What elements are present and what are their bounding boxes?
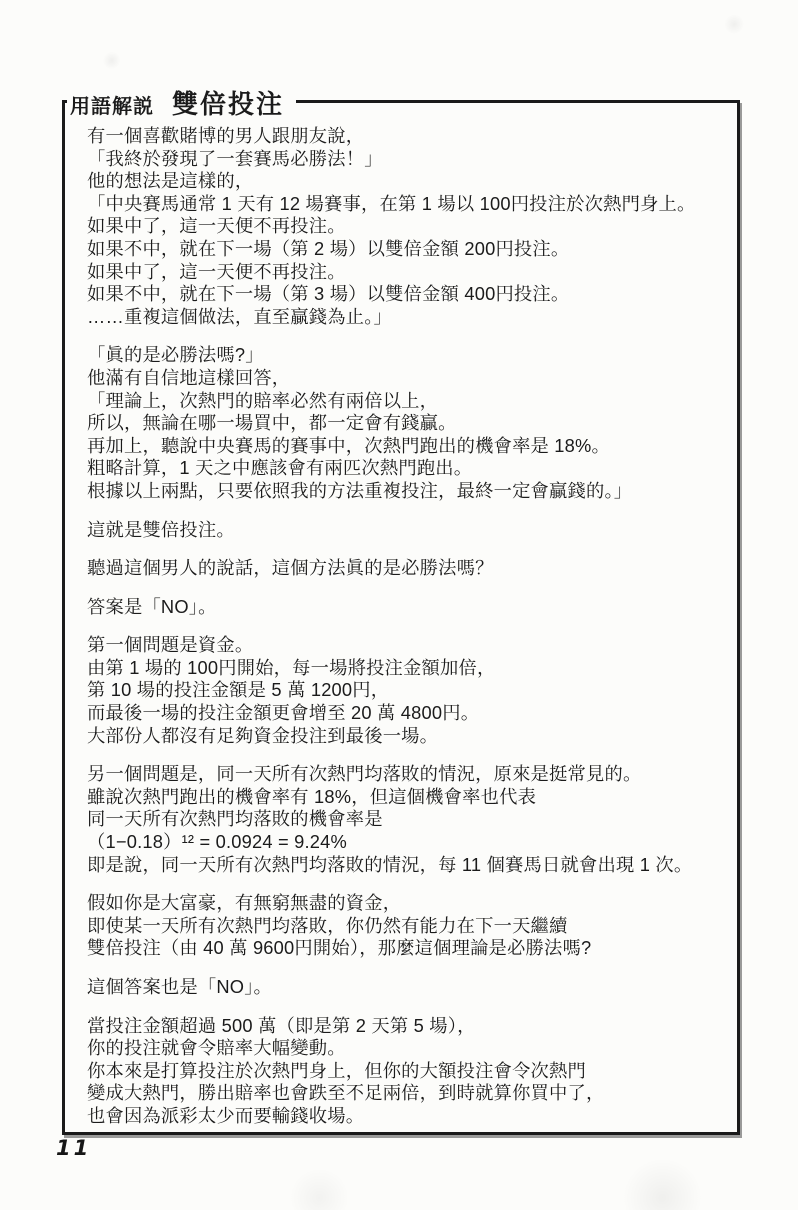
glossary-box: 有一個喜歡賭博的男人跟朋友說，「我終於發現了一套賽馬必勝法！」他的想法是這樣的，… bbox=[62, 100, 740, 1135]
text-line: 再加上，聽說中央賽馬的賽事中，次熱門跑出的機會率是 18%。 bbox=[87, 435, 723, 458]
text-line: 變成大熱門，勝出賠率也會跌至不足兩倍，到時就算你買中了， bbox=[87, 1082, 723, 1105]
text-line: 「我終於發現了一套賽馬必勝法！」 bbox=[87, 148, 723, 171]
text-line: 同一天所有次熱門均落敗的機會率是 bbox=[87, 808, 723, 831]
text-line: 第 10 場的投注金額是 5 萬 1200円， bbox=[87, 679, 723, 702]
text-line: 雙倍投注（由 40 萬 9600円開始），那麼這個理論是必勝法嗎? bbox=[87, 937, 723, 960]
text-line: 所以，無論在哪一場買中，都一定會有錢贏。 bbox=[87, 412, 723, 435]
glossary-heading: 用語解説 雙倍投注 bbox=[67, 84, 296, 121]
text-line: 你的投注就會令賠率大幅變動。 bbox=[87, 1037, 723, 1060]
text-line: 這就是雙倍投注。 bbox=[87, 519, 723, 542]
text-line: 他滿有自信地這樣回答， bbox=[87, 367, 723, 390]
text-line: 也會因為派彩太少而要輸錢收場。 bbox=[87, 1105, 723, 1128]
text-line: 聽過這個男人的說話，這個方法眞的是必勝法嗎？ bbox=[87, 557, 723, 580]
text-line: 即使某一天所有次熱門均落敗，你仍然有能力在下一天繼續 bbox=[87, 915, 723, 938]
paragraph: 這就是雙倍投注。 bbox=[87, 519, 723, 542]
text-line: 根據以上兩點，只要依照我的方法重複投注，最終一定會贏錢的。」 bbox=[87, 480, 723, 503]
text-line: （1−0.18）¹² = 0.0924 = 9.24% bbox=[87, 831, 723, 854]
text-line: 第一個問題是資金。 bbox=[87, 634, 723, 657]
paragraph: 當投注金額超過 500 萬（即是第 2 天第 5 場），你的投注就會令賠率大幅變… bbox=[87, 1015, 723, 1128]
text-line: 另一個問題是，同一天所有次熱門均落敗的情況，原來是挺常見的。 bbox=[87, 763, 723, 786]
text-line: 他的想法是這樣的， bbox=[87, 170, 723, 193]
paragraph: 有一個喜歡賭博的男人跟朋友說，「我終於發現了一套賽馬必勝法！」他的想法是這樣的，… bbox=[87, 125, 723, 328]
text-line: 有一個喜歡賭博的男人跟朋友說， bbox=[87, 125, 723, 148]
paragraph: 第一個問題是資金。由第 1 場的 100円開始，每一場將投注金額加倍，第 10 … bbox=[87, 634, 723, 747]
paragraph: 「眞的是必勝法嗎?」他滿有自信地這樣回答，「理論上，次熱門的賠率必然有兩倍以上，… bbox=[87, 344, 723, 502]
text-line: 即是說，同一天所有次熱門均落敗的情況，每 11 個賽馬日就會出現 1 次。 bbox=[87, 854, 723, 877]
text-line: 你本來是打算投注於次熱門身上，但你的大額投注會令次熱門 bbox=[87, 1060, 723, 1083]
text-line: 如果中了，這一天便不再投注。 bbox=[87, 215, 723, 238]
paragraph: 另一個問題是，同一天所有次熱門均落敗的情況，原來是挺常見的。雖說次熱門跑出的機會… bbox=[87, 763, 723, 876]
paragraph: 答案是「NO」。 bbox=[87, 596, 723, 619]
text-line: 這個答案也是「NO」。 bbox=[87, 976, 723, 999]
text-line: 而最後一場的投注金額更會增至 20 萬 4800円。 bbox=[87, 702, 723, 725]
glossary-label: 用語解説 bbox=[70, 90, 154, 119]
glossary-body: 有一個喜歡賭博的男人跟朋友說，「我終於發現了一套賽馬必勝法！」他的想法是這樣的，… bbox=[65, 103, 737, 1132]
text-line: 由第 1 場的 100円開始，每一場將投注金額加倍， bbox=[87, 657, 723, 680]
text-line: 「眞的是必勝法嗎?」 bbox=[87, 344, 723, 367]
text-line: 當投注金額超過 500 萬（即是第 2 天第 5 場）， bbox=[87, 1015, 723, 1038]
scanned-page: 有一個喜歡賭博的男人跟朋友說，「我終於發現了一套賽馬必勝法！」他的想法是這樣的，… bbox=[0, 0, 798, 1210]
paragraph: 聽過這個男人的說話，這個方法眞的是必勝法嗎？ bbox=[87, 557, 723, 580]
text-line: 答案是「NO」。 bbox=[87, 596, 723, 619]
text-line: ……重複這個做法，直至贏錢為止。」 bbox=[87, 306, 723, 329]
text-line: 如果不中，就在下一場（第 3 場）以雙倍金額 400円投注。 bbox=[87, 283, 723, 306]
paragraph: 假如你是大富豪，有無窮無盡的資金，即使某一天所有次熱門均落敗，你仍然有能力在下一… bbox=[87, 892, 723, 960]
text-line: 如果中了，這一天便不再投注。 bbox=[87, 261, 723, 284]
text-line: 「中央賽馬通常 1 天有 12 場賽事，在第 1 場以 100円投注於次熱門身上… bbox=[87, 193, 723, 216]
text-line: 「理論上，次熱門的賠率必然有兩倍以上， bbox=[87, 390, 723, 413]
text-line: 粗略計算，1 天之中應該會有兩匹次熱門跑出。 bbox=[87, 457, 723, 480]
paragraph: 這個答案也是「NO」。 bbox=[87, 976, 723, 999]
text-line: 如果不中，就在下一場（第 2 場）以雙倍金額 200円投注。 bbox=[87, 238, 723, 261]
text-line: 假如你是大富豪，有無窮無盡的資金， bbox=[87, 892, 723, 915]
page-number: 11 bbox=[56, 1136, 91, 1160]
text-line: 雖說次熱門跑出的機會率有 18%，但這個機會率也代表 bbox=[87, 786, 723, 809]
glossary-term: 雙倍投注 bbox=[172, 84, 284, 121]
text-line: 大部份人都沒有足夠資金投注到最後一場。 bbox=[87, 725, 723, 748]
